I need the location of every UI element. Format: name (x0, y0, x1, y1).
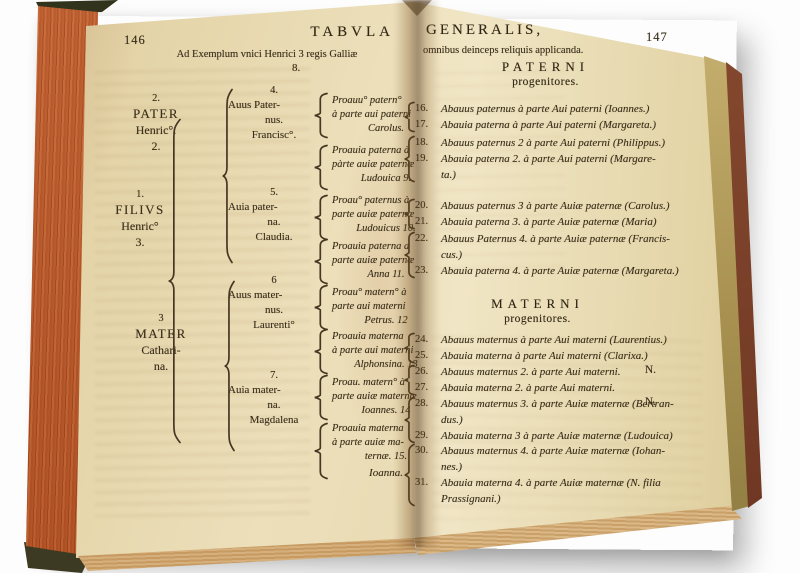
subtitle-right: omnibus deinceps reliquis applicanda. (423, 45, 633, 56)
node-number: 6 (228, 274, 320, 288)
abavi-entry: 20. Abauus paternus 3 à parte Auiæ pater… (415, 198, 736, 214)
abavi-entry: 30. Abauus maternus 4. à parte Auiæ mate… (415, 443, 736, 475)
node-number: 2. (116, 92, 196, 106)
section-heading-materni: MATERNI progenitores. (455, 296, 620, 325)
node-label: Auia mater-na.Magdalena (228, 383, 320, 428)
entry-text: Abauus maternus 3. à parte Auiæ maternæ … (441, 396, 736, 428)
abavi-pair-20-21: 20. Abauus paternus 3 à parte Auiæ pater… (404, 198, 736, 230)
abavi-entry: 21. Abauia paterna 3. à parte Auiæ pater… (415, 214, 736, 230)
abavi-entry: 19. Abauia paterna 2. à parte Aui patern… (415, 151, 736, 183)
abavi-pair-24-25: 24. Abauus maternus à parte Aui materni … (404, 332, 736, 364)
tree-node-avia-paterna: 5. Auia pater-na.Claudia. (228, 186, 320, 245)
open-book-photo: 146 TABVLA GENERALIS, Ad Exemplum vnici … (0, 0, 800, 573)
tree-node-mater: 3 MATERCathari-na. (121, 312, 201, 374)
entry-text: Abauia materna 2. à parte Aui materni. (441, 380, 736, 396)
bracket-proavi-14 (314, 374, 328, 421)
node-number: 5. (228, 186, 320, 200)
gutter-shadow (394, 0, 440, 548)
bracket-proavi-12 (314, 284, 328, 331)
page-number-right: 147 (646, 30, 668, 45)
bracket-filius (168, 118, 181, 444)
node-number: 1. (103, 188, 177, 202)
bracket-mater (224, 280, 235, 452)
node-label: Auus mater-nus.Laurenti° (228, 288, 320, 333)
abavi-entry: 18. Abauus paternus 2 à parte Aui patern… (415, 135, 736, 151)
abavi-entry: 29. Abauia materna 3 à parte Auiæ matern… (415, 428, 736, 444)
entry-text: Abauia paterna 4. à parte Auiæ paternæ (… (441, 263, 736, 279)
tree-node-avus-paternus: 4. Auus Pater-nus.Francisc°. (228, 84, 320, 143)
book-title-left-half: TABVLA (248, 24, 394, 41)
bracket-proavi-8 (314, 92, 328, 139)
bracket-proavi-10 (314, 194, 328, 241)
abavi-pair-22-23: 22. Abauus Paternus 4. à parte Auiæ pate… (404, 231, 736, 279)
tree-node-avus-maternus: 6 Auus mater-nus.Laurenti° (228, 274, 320, 333)
entry-text: Abauus maternus à parte Aui materni (Lau… (441, 332, 736, 348)
entry-text: Abauia materna 4. à parte Auiæ maternæ (… (441, 475, 736, 507)
abavi-entry: 27. Abauia materna 2. à parte Aui matern… (415, 380, 736, 396)
bracket-proavi-9 (314, 144, 328, 191)
node-number: 4. (228, 84, 320, 98)
bracket-proavi-11 (314, 238, 328, 285)
node-label: MATERCathari-na. (121, 326, 201, 374)
node-number: 3 (121, 312, 201, 326)
node-label: Auus Pater-nus.Francisc°. (228, 98, 320, 143)
entry-text: Abauus maternus 2. à parte Aui materni. (441, 364, 736, 380)
entry-number-8: 8. (292, 62, 300, 74)
subtitle-left: Ad Exemplum vnici Henrici 3 regis Galliæ (128, 49, 406, 60)
tree-node-avia-materna: 7. Auia mater-na.Magdalena (228, 369, 320, 428)
abavi-entry: 23. Abauia paterna 4. à parte Auiæ pater… (415, 263, 736, 279)
abavi-entry: 25. Abauia materna à parte Aui materni (… (415, 348, 736, 364)
abavi-entry: 31. Abauia materna 4. à parte Auiæ mater… (415, 475, 736, 507)
entry-text: Abauia materna à parte Aui materni (Clar… (441, 348, 736, 364)
entry-text: Abauus Paternus 4. à parte Auiæ paternæ … (441, 231, 736, 263)
section-subtitle: progenitores. (468, 76, 623, 88)
book-title-right-half: GENERALIS, (426, 22, 543, 39)
node-number: 7. (228, 369, 320, 383)
abavi-entry: 28. Abauus maternus 3. à parte Auiæ mate… (415, 396, 736, 428)
entry-text: Abauia materna 3 à parte Auiæ maternæ (L… (441, 428, 736, 444)
section-title: MATERNI (455, 296, 620, 312)
tree-node-pater: 2. PATERHenric°.2. (116, 92, 196, 154)
abavi-pair-26-27: 26. Abauus maternus 2. à parte Aui mater… (404, 364, 736, 396)
abavi-pair-16-17: 16. Abauus paternus à parte Aui paterni … (404, 101, 736, 133)
entry-name-unknown: N. (645, 364, 656, 376)
entry-text: Abauus maternus 4. à parte Auiæ maternæ … (441, 443, 736, 475)
section-title: PATERNI (468, 59, 623, 75)
entry-text: Abauus paternus à parte Aui paterni (Ioa… (441, 101, 736, 117)
entry-text: Abauia paterna à parte Aui paterni (Marg… (441, 117, 736, 133)
entry-text: Abauus paternus 2 à parte Aui paterni (P… (441, 135, 736, 151)
node-label: Auia pater-na.Claudia. (228, 200, 320, 245)
abavi-pair-30-31: 30. Abauus maternus 4. à parte Auiæ mate… (404, 443, 736, 507)
entry-text: Abauia paterna 3. à parte Auiæ paternæ (… (441, 214, 736, 230)
entry-text: Abauia paterna 2. à parte Aui paterni (M… (441, 151, 736, 183)
node-label: FILIVSHenric°3. (103, 202, 177, 250)
abavi-pair-18-19: 18. Abauus paternus 2 à parte Aui patern… (404, 135, 736, 183)
abavi-entry: 16. Abauus paternus à parte Aui paterni … (415, 101, 736, 117)
abavi-pair-28-29: 28. Abauus maternus 3. à parte Auiæ mate… (404, 396, 736, 444)
bracket-proavi-13 (314, 328, 328, 375)
tree-node-filius: 1. FILIVSHenric°3. (103, 188, 177, 250)
abavi-entry: 26. Abauus maternus 2. à parte Aui mater… (415, 364, 736, 380)
abavi-entry: 17. Abauia paterna à parte Aui paterni (… (415, 117, 736, 133)
node-label: PATERHenric°.2. (116, 106, 196, 154)
abavi-entry: 22. Abauus Paternus 4. à parte Auiæ pate… (415, 231, 736, 263)
bracket-proavi-15 (314, 422, 328, 480)
bracket-pater (222, 88, 233, 264)
entry-text: Abauus paternus 3 à parte Auiæ paternæ (… (441, 198, 736, 214)
section-subtitle: progenitores. (455, 313, 620, 325)
section-heading-paterni: PATERNI progenitores. (468, 59, 623, 88)
page-number-left: 146 (124, 33, 146, 48)
abavi-entry: 24. Abauus maternus à parte Aui materni … (415, 332, 736, 348)
